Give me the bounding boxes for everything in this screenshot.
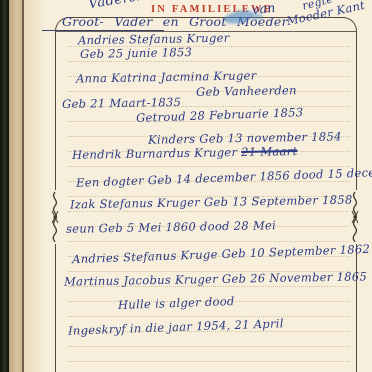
ruled-line xyxy=(68,361,350,362)
border-ornament-left xyxy=(48,190,62,244)
handwritten-entry: Geb Vanheerden xyxy=(196,83,297,99)
entry-text: Geb 21 Maart-1835 xyxy=(62,95,181,111)
page-edge-fade xyxy=(24,0,46,372)
heading-underline xyxy=(42,30,164,31)
handwritten-entry: Geb 25 junie 1853 xyxy=(80,45,192,61)
book-spine xyxy=(0,0,9,372)
ruled-line xyxy=(68,241,350,242)
flourish-icon xyxy=(49,191,61,243)
entry-text: Geb Vanheerden xyxy=(196,83,297,99)
ruled-line xyxy=(68,211,350,212)
ink-smudge xyxy=(251,13,263,20)
ruled-line xyxy=(68,316,350,317)
handwritten-entry: Geb 21 Maart-1835 xyxy=(62,95,181,111)
entry-text: Geb 25 junie 1853 xyxy=(80,45,192,61)
entry-strikethrough-text: 21 Maart xyxy=(241,144,298,159)
page-edge-strip xyxy=(9,0,22,372)
ruled-line xyxy=(68,346,350,347)
ruled-line xyxy=(68,61,350,62)
entry-text: Hendrik Burnardus Kruger xyxy=(72,145,241,162)
